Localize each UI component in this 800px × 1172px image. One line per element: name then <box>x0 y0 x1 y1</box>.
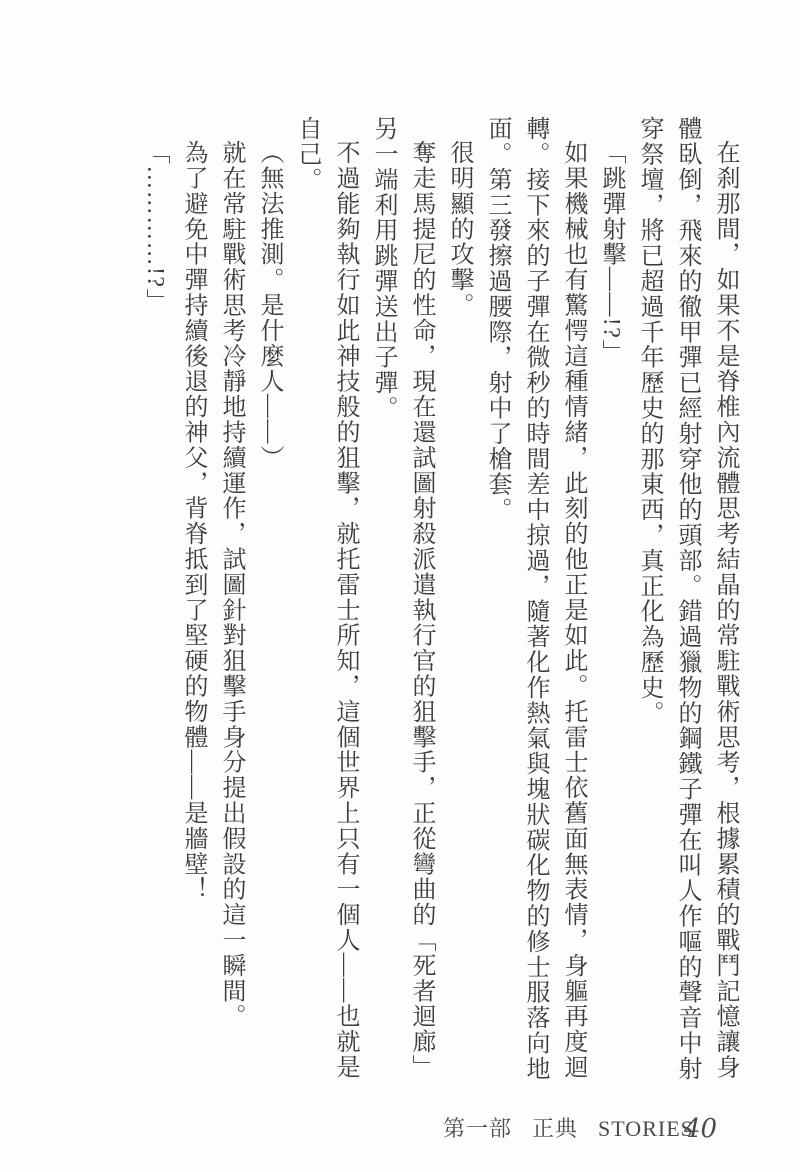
paragraph: 不過能夠執行如此神技般的狙擊，就托雷士所知，這個世界上只有一個人——也就是自己。 <box>288 116 364 1086</box>
footer-part-label: 第一部 <box>443 1116 512 1141</box>
paragraph: 如果機械也有驚愕這種情緒，此刻的他正是如此。托雷士依舊面無表情，身軀再度迴轉。接… <box>478 116 592 1086</box>
page-number: 40 <box>684 1114 717 1144</box>
paragraph-dialogue: 「跳彈射擊——!?」 <box>592 116 630 1086</box>
book-page: 在刹那間，如果不是脊椎內流體思考結晶的常駐戰術思考，根據累積的戰鬥記憶讓身體臥倒… <box>0 0 800 1172</box>
running-footer: 第一部正典STORIES <box>443 1112 694 1143</box>
paragraph: 在刹那間，如果不是脊椎內流體思考結晶的常駐戰術思考，根據累積的戰鬥記憶讓身體臥倒… <box>630 116 744 1086</box>
paragraph: 就在常駐戰術思考冷靜地持續運作，試圖針對狙擊手身分提出假設的這一瞬間。 <box>212 116 250 1086</box>
paragraph-dialogue: 「…………!?」 <box>136 116 174 1086</box>
paragraph: 奪走馬提尼的性命，現在還試圖射殺派遣執行官的狙擊手，正從彎曲的「死者迴廊」另一端… <box>364 116 440 1086</box>
body-text: 在刹那間，如果不是脊椎內流體思考結晶的常駐戰術思考，根據累積的戰鬥記憶讓身體臥倒… <box>136 116 744 1086</box>
footer-section-label: 正典 <box>532 1116 578 1141</box>
paragraph: 很明顯的攻擊。 <box>440 116 478 1086</box>
paragraph-thought: （無法推測。是什麼人——） <box>250 116 288 1086</box>
footer-series-label: STORIES <box>598 1116 694 1141</box>
paragraph: 為了避免中彈持續後退的神父，背脊抵到了堅硬的物體——是牆壁！ <box>174 116 212 1086</box>
